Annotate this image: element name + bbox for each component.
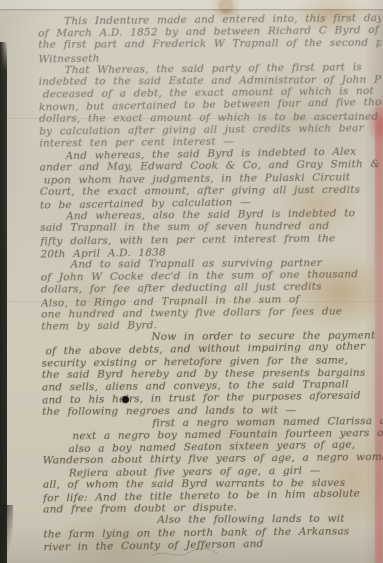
top-fold-crease <box>0 9 383 11</box>
pen-flourish-icon <box>150 546 220 560</box>
top-fold-highlight <box>0 0 383 9</box>
document-scan: This Indenture made and entered into, th… <box>0 0 383 563</box>
ink-blot <box>122 396 129 403</box>
manuscript-text: This Indenture made and entered into, th… <box>0 12 383 553</box>
